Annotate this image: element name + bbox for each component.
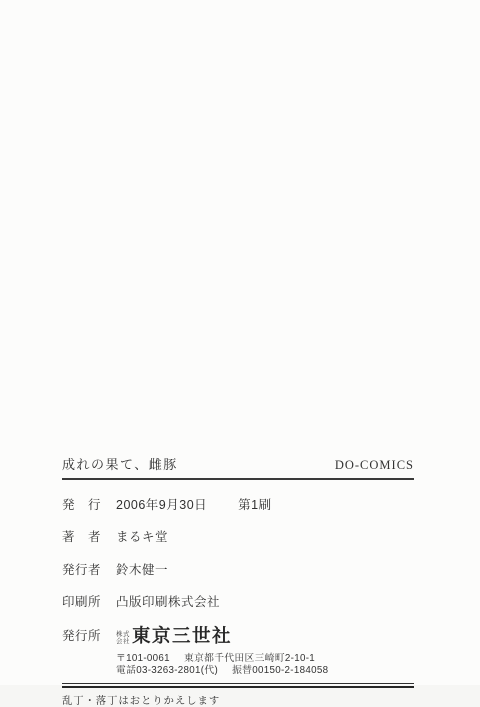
publisher-row: 発行者 鈴木健一 <box>62 560 414 578</box>
publish-date: 2006年9月30日 <box>116 498 207 512</box>
corporation-prefix-top: 株式 <box>116 631 130 638</box>
postal-transfer-number: 振替00150-2-184058 <box>232 665 328 676</box>
corporation-prefix: 株式 会社 <box>116 631 130 645</box>
corporation-prefix-bottom: 会社 <box>116 638 130 645</box>
colophon-page: 成れの果て、雌豚 DO-COMICS 発 行 2006年9月30日 第1刷 著 … <box>0 0 480 685</box>
contact-line: 電話03-3263-2801(代) 振替00150-2-184058 <box>116 665 414 677</box>
imprint-label: DO-COMICS <box>335 458 414 473</box>
publish-date-row: 発 行 2006年9月30日 第1刷 <box>62 495 414 513</box>
author-label: 著 者 <box>62 527 102 545</box>
address-line: 〒101-0061 東京都千代田区三崎町2-10-1 <box>116 653 414 665</box>
author-row: 著 者 まるキ堂 <box>62 527 414 545</box>
printer-row: 印刷所 凸版印刷株式会社 <box>62 592 414 610</box>
publishing-house-label: 発行所 <box>62 626 102 644</box>
phone-number: 電話03-3263-2801(代) <box>116 665 218 676</box>
publishing-house-name: 東京三世社 <box>132 622 232 648</box>
publisher-address-block: 〒101-0061 東京都千代田区三崎町2-10-1 電話03-3263-280… <box>116 653 414 677</box>
book-title: 成れの果て、雌豚 <box>62 454 178 473</box>
publish-date-label: 発 行 <box>62 495 102 513</box>
publishing-house-value: 株式 会社 <box>116 625 132 645</box>
publisher-label: 発行者 <box>62 560 102 578</box>
colophon-block: 成れの果て、雌豚 DO-COMICS 発 行 2006年9月30日 第1刷 著 … <box>62 454 414 685</box>
author-name: まるキ堂 <box>116 527 168 545</box>
printer-name: 凸版印刷株式会社 <box>116 592 220 610</box>
publishing-house-row: 発行所 株式 会社 東京三世社 <box>62 622 414 648</box>
printing-number: 第1刷 <box>238 498 271 512</box>
publisher-name: 鈴木健一 <box>116 560 168 578</box>
printer-label: 印刷所 <box>62 592 102 610</box>
postal-code: 〒101-0061 <box>116 653 170 664</box>
title-row: 成れの果て、雌豚 DO-COMICS <box>62 454 414 480</box>
street-address: 東京都千代田区三崎町2-10-1 <box>184 653 315 664</box>
publish-date-value: 2006年9月30日 第1刷 <box>116 495 272 513</box>
